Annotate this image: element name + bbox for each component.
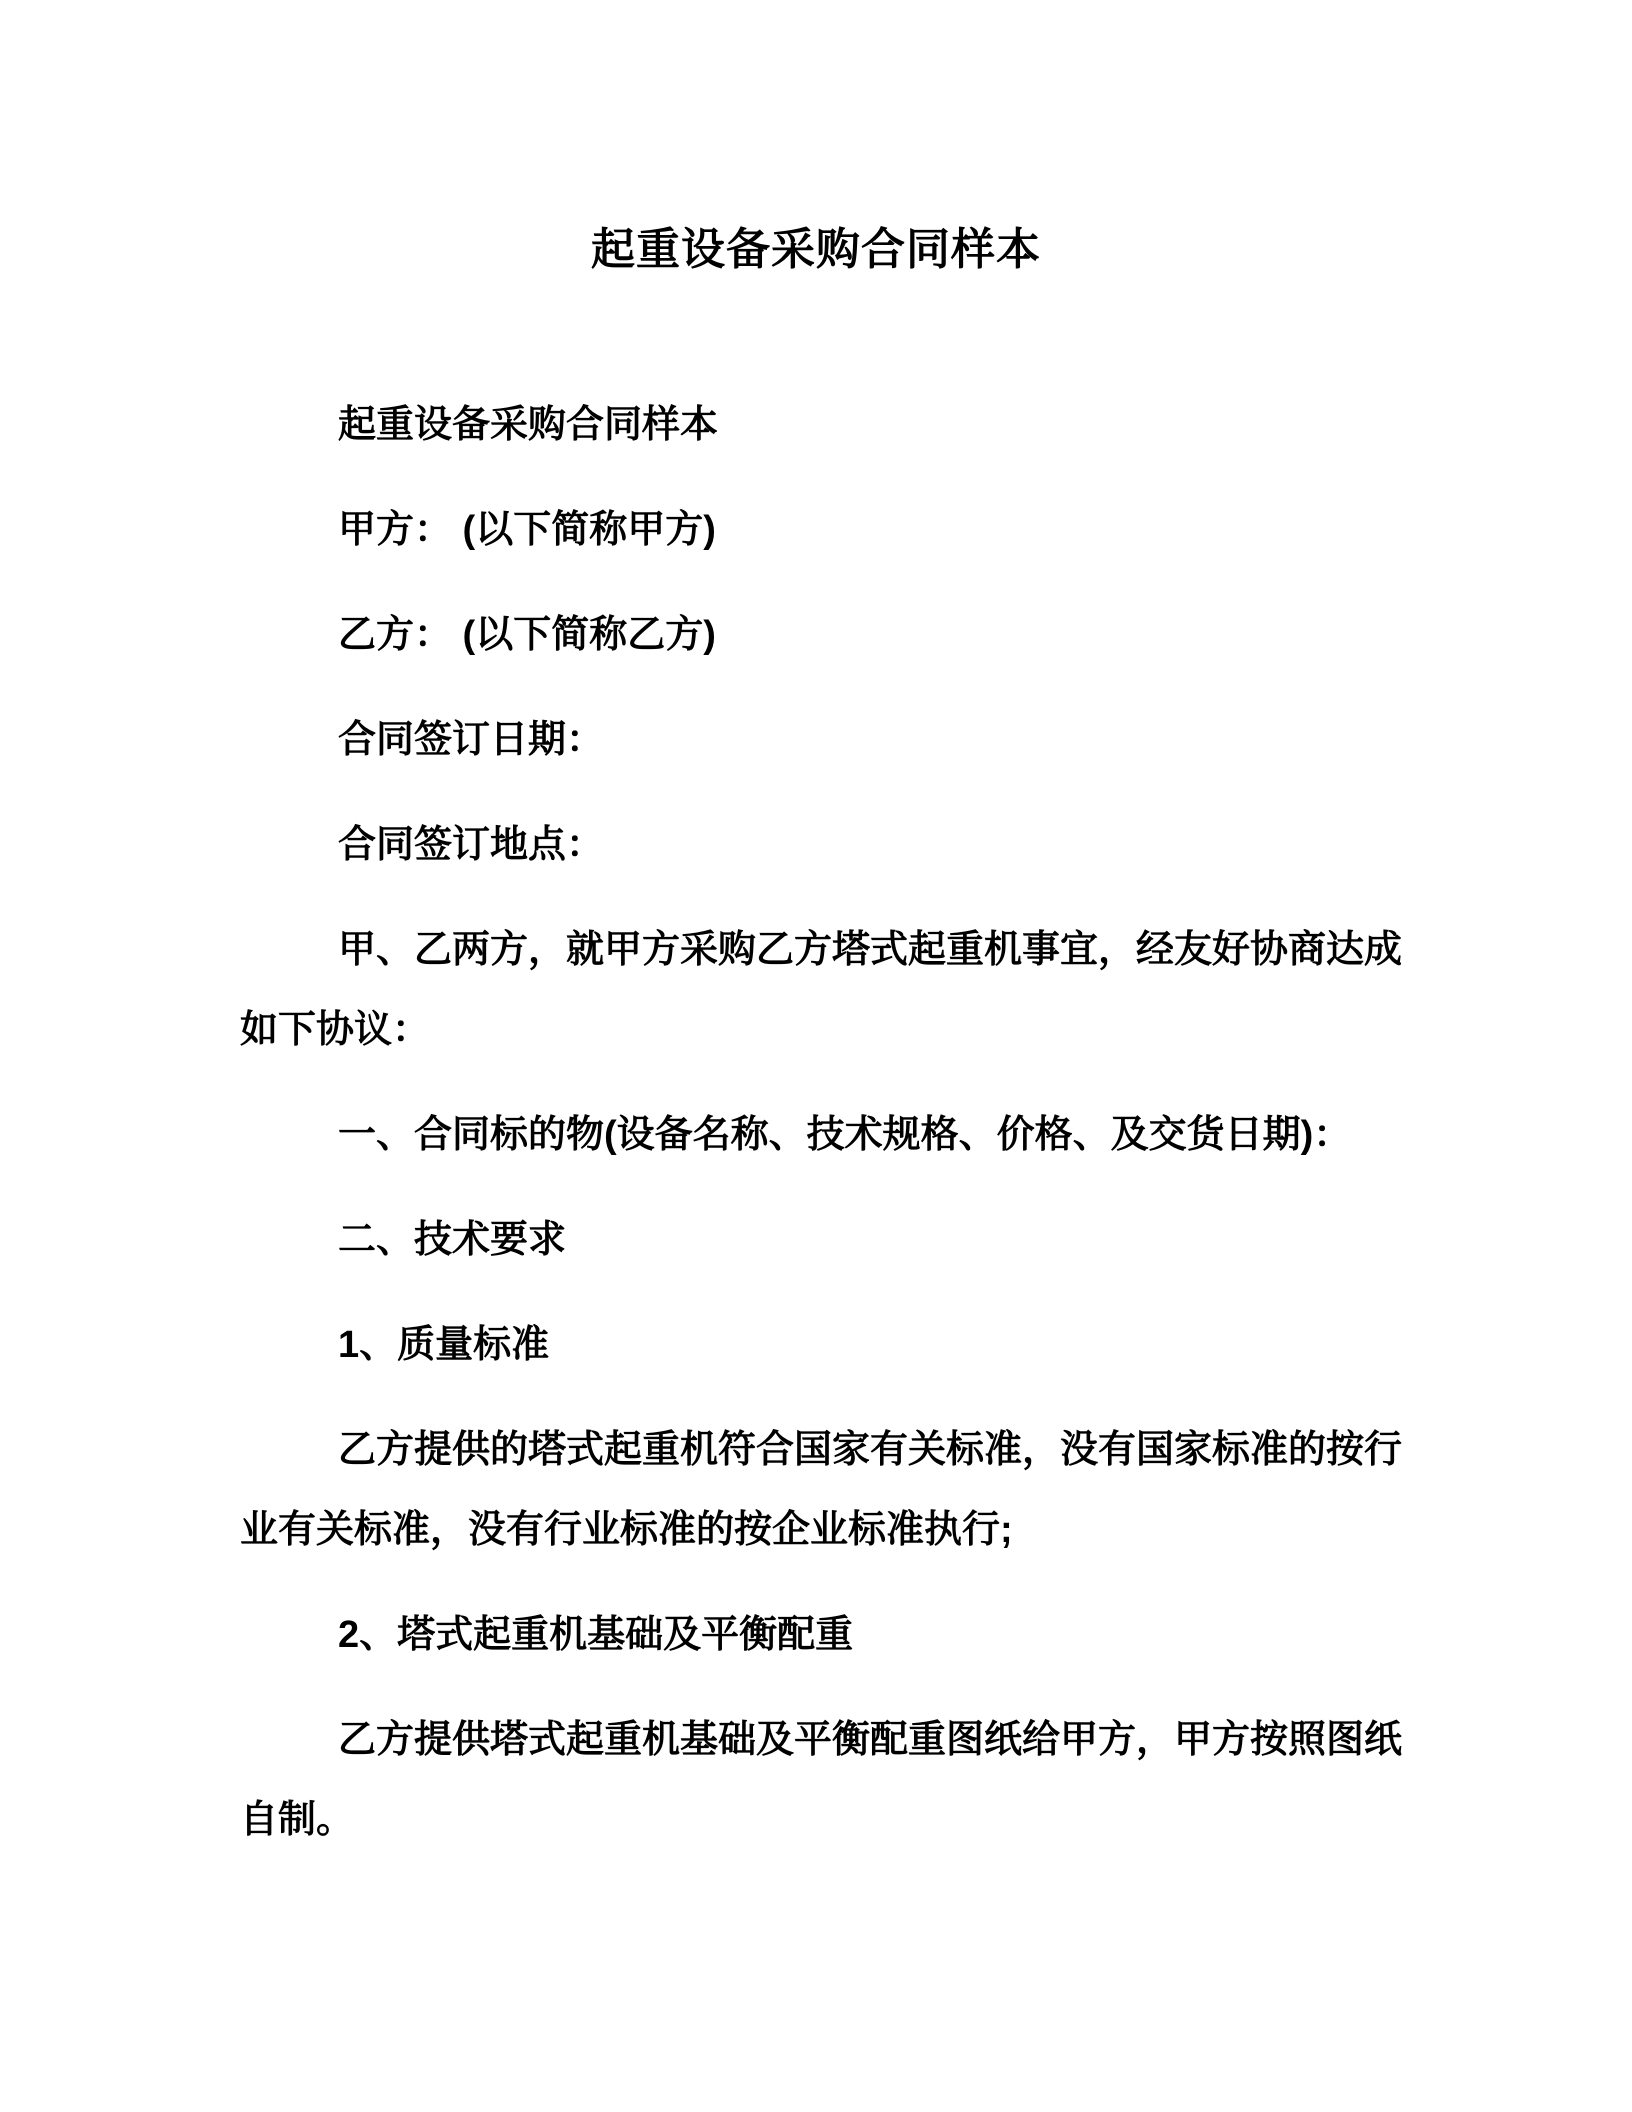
clause-1-heading: 一、合同标的物(设备名称、技术规格、价格、及交货日期)： — [240, 1112, 1394, 1158]
item-2-heading: 2、塔式起重机基础及平衡配重 — [240, 1612, 1394, 1658]
document-body: 起重设备采购合同样本 甲方： (以下简称甲方) 乙方： (以下简称乙方) 合同签… — [240, 402, 1394, 1843]
quality-para-line-1: 乙方提供的塔式起重机符合国家有关标准，没有国家标准的按行 — [240, 1427, 1394, 1473]
foundation-para-line-1: 乙方提供塔式起重机基础及平衡配重图纸给甲方，甲方按照图纸 — [240, 1717, 1394, 1763]
item-1-heading: 1、质量标准 — [240, 1322, 1394, 1368]
foundation-para-line-2: 自制。 — [240, 1797, 1394, 1843]
contract-document-page: 起重设备采购合同样本 起重设备采购合同样本 甲方： (以下简称甲方) 乙方： (… — [0, 0, 1632, 2112]
document-title: 起重设备采购合同样本 — [0, 0, 1632, 276]
party-b-line: 乙方： (以下简称乙方) — [240, 612, 1394, 658]
party-a-line: 甲方： (以下简称甲方) — [240, 507, 1394, 553]
preamble-line-2: 如下协议： — [240, 1007, 1394, 1053]
sign-place-line: 合同签订地点： — [240, 822, 1394, 868]
subtitle-line: 起重设备采购合同样本 — [240, 402, 1394, 448]
preamble-line-1: 甲、乙两方，就甲方采购乙方塔式起重机事宜，经友好协商达成 — [240, 927, 1394, 973]
clause-2-heading: 二、技术要求 — [240, 1217, 1394, 1263]
sign-date-line: 合同签订日期： — [240, 717, 1394, 763]
quality-para-line-2: 业有关标准，没有行业标准的按企业标准执行; — [240, 1507, 1394, 1553]
